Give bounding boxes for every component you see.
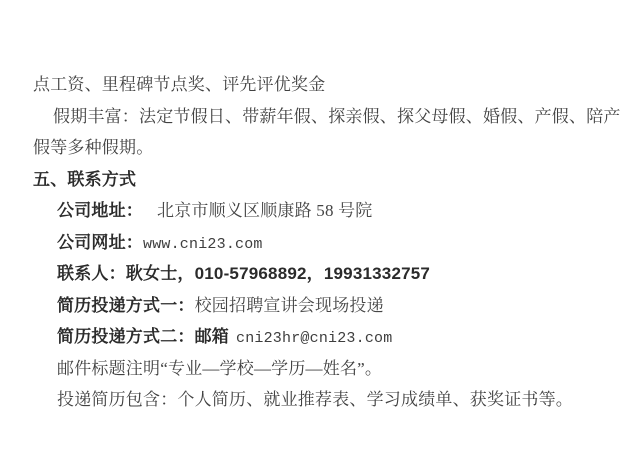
company-address-value: 北京市顺义区顺康路 58 号院 — [157, 201, 373, 220]
company-website-value: www.cni23.com — [143, 236, 263, 253]
company-website-row: 公司网址：www.cni23.com — [33, 227, 610, 259]
document-page: 点工资、里程碑节点奖、评先评优奖金 假期丰富：法定节假日、带薪年假、探亲假、探父… — [0, 0, 624, 472]
resume-contents-text: 投递简历包含：个人简历、就业推荐表、学习成绩单、获奖证书等。 — [57, 390, 573, 409]
paragraph-wage-bonus-text: 点工资、里程碑节点奖、评先评优奖金 — [33, 75, 325, 94]
paragraph-holiday-line2-text: 假等多种假期。 — [33, 138, 153, 157]
contact-person-row: 联系人：耿女士，010-57968892，19931332757 — [33, 258, 610, 290]
company-address-label: 公司地址： — [57, 201, 143, 220]
section-heading-contact-text: 五、联系方式 — [33, 170, 136, 189]
delivery-method1-label: 简历投递方式一： — [57, 296, 195, 315]
paragraph-holiday-line2: 假等多种假期。 — [33, 132, 610, 164]
paragraph-holiday-line1: 假期丰富：法定节假日、带薪年假、探亲假、探父母假、婚假、产假、陪产 — [33, 101, 610, 133]
resume-contents-row: 投递简历包含：个人简历、就业推荐表、学习成绩单、获奖证书等。 — [33, 384, 610, 416]
paragraph-wage-bonus: 点工资、里程碑节点奖、评先评优奖金 — [33, 69, 610, 101]
delivery-method1-row: 简历投递方式一：校园招聘宣讲会现场投递 — [33, 290, 610, 322]
company-address-row: 公司地址：北京市顺义区顺康路 58 号院 — [33, 195, 610, 227]
paragraph-holiday-line1-text: 假期丰富：法定节假日、带薪年假、探亲假、探父母假、婚假、产假、陪产 — [53, 107, 621, 126]
company-website-label: 公司网址： — [57, 233, 143, 252]
delivery-method2-label: 简历投递方式二：邮箱 — [57, 327, 229, 346]
email-title-note-text: 邮件标题注明“专业—学校—学历—姓名”。 — [57, 359, 382, 378]
delivery-method2-value: cni23hr@cni23.com — [236, 330, 392, 347]
delivery-method1-value: 校园招聘宣讲会现场投递 — [195, 296, 384, 315]
section-heading-contact: 五、联系方式 — [33, 164, 610, 196]
email-title-note-row: 邮件标题注明“专业—学校—学历—姓名”。 — [33, 353, 610, 385]
contact-person-text: 联系人：耿女士，010-57968892，19931332757 — [57, 264, 430, 283]
delivery-method2-row: 简历投递方式二：邮箱cni23hr@cni23.com — [33, 321, 610, 353]
